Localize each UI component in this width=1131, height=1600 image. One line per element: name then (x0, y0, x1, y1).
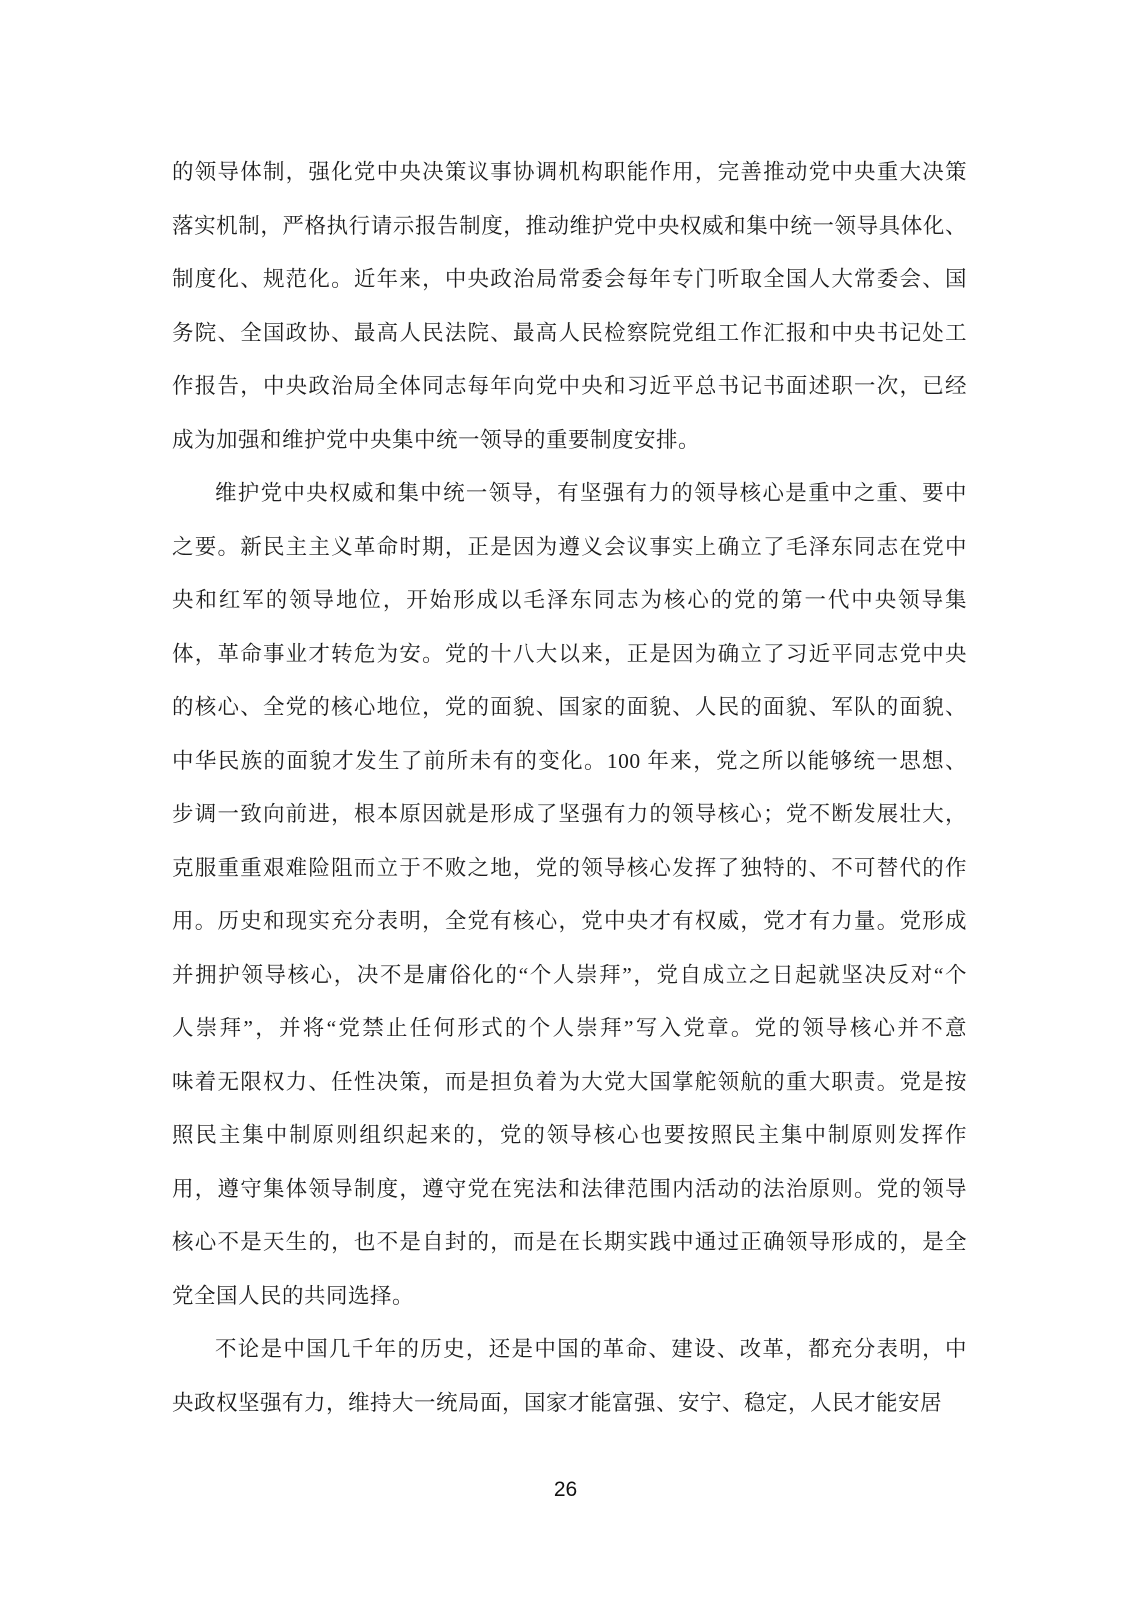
text-line: 成为加强和维护党中央集中统一领导的重要制度安排。 (172, 414, 967, 468)
text-line: 不论是中国几千年的历史，还是中国的革命、建设、改革，都充分表明，中 (172, 1323, 967, 1377)
text-line: 维护党中央权威和集中统一领导，有坚强有力的领导核心是重中之重、要中 (172, 467, 967, 521)
document-page: 的领导体制，强化党中央决策议事协调机构职能作用，完善推动党中央重大决策落实机制，… (0, 0, 1131, 1600)
text-line: 之要。新民主主义革命时期，正是因为遵义会议事实上确立了毛泽东同志在党中 (172, 521, 967, 575)
text-line: 体，革命事业才转危为安。党的十八大以来，正是因为确立了习近平同志党中央 (172, 628, 967, 682)
paragraph: 的领导体制，强化党中央决策议事协调机构职能作用，完善推动党中央重大决策落实机制，… (172, 146, 967, 467)
text-line: 克服重重艰难险阻而立于不败之地，党的领导核心发挥了独特的、不可替代的作 (172, 842, 967, 896)
text-line: 味着无限权力、任性决策，而是担负着为大党大国掌舵领航的重大职责。党是按 (172, 1056, 967, 1110)
page-number: 26 (0, 1478, 1131, 1502)
paragraph: 维护党中央权威和集中统一领导，有坚强有力的领导核心是重中之重、要中之要。新民主主… (172, 467, 967, 1323)
text-line: 并拥护领导核心，决不是庸俗化的“个人崇拜”，党自成立之日起就坚决反对“个 (172, 949, 967, 1003)
text-line: 用。历史和现实充分表明，全党有核心，党中央才有权威，党才有力量。党形成 (172, 895, 967, 949)
text-block: 的领导体制，强化党中央决策议事协调机构职能作用，完善推动党中央重大决策落实机制，… (172, 146, 967, 1430)
text-line: 中华民族的面貌才发生了前所未有的变化。100 年来，党之所以能够统一思想、 (172, 735, 967, 789)
text-line: 制度化、规范化。近年来，中央政治局常委会每年专门听取全国人大常委会、国 (172, 253, 967, 307)
text-line: 务院、全国政协、最高人民法院、最高人民检察院党组工作汇报和中央书记处工 (172, 307, 967, 361)
text-line: 核心不是天生的，也不是自封的，而是在长期实践中通过正确领导形成的，是全 (172, 1216, 967, 1270)
text-line: 用，遵守集体领导制度，遵守党在宪法和法律范围内活动的法治原则。党的领导 (172, 1163, 967, 1217)
text-line: 党全国人民的共同选择。 (172, 1270, 967, 1324)
text-line: 步调一致向前进，根本原因就是形成了坚强有力的领导核心；党不断发展壮大， (172, 788, 967, 842)
text-line: 的核心、全党的核心地位，党的面貌、国家的面貌、人民的面貌、军队的面貌、 (172, 681, 967, 735)
text-line: 央和红军的领导地位，开始形成以毛泽东同志为核心的党的第一代中央领导集 (172, 574, 967, 628)
text-line: 作报告，中央政治局全体同志每年向党中央和习近平总书记书面述职一次，已经 (172, 360, 967, 414)
text-line: 的领导体制，强化党中央决策议事协调机构职能作用，完善推动党中央重大决策 (172, 146, 967, 200)
text-line: 人崇拜”，并将“党禁止任何形式的个人崇拜”写入党章。党的领导核心并不意 (172, 1002, 967, 1056)
text-line: 照民主集中制原则组织起来的，党的领导核心也要按照民主集中制原则发挥作 (172, 1109, 967, 1163)
text-line: 落实机制，严格执行请示报告制度，推动维护党中央权威和集中统一领导具体化、 (172, 200, 967, 254)
paragraph: 不论是中国几千年的历史，还是中国的革命、建设、改革，都充分表明，中央政权坚强有力… (172, 1323, 967, 1430)
text-line: 央政权坚强有力，维持大一统局面，国家才能富强、安宁、稳定，人民才能安居 (172, 1377, 967, 1431)
